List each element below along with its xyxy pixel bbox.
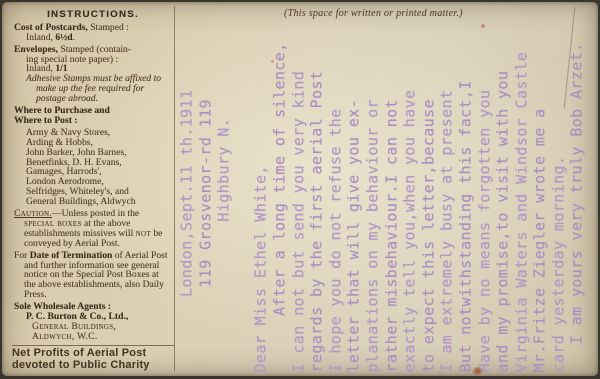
agents-paragraph: Sole Wholesale Agents :P. C. Burton & Co… xyxy=(14,302,172,341)
cost-price: 6½d xyxy=(55,32,72,43)
column-divider-line xyxy=(174,6,175,371)
cost-inland-line: Inland, 6½d. xyxy=(24,33,172,43)
where-header-2: Where to Post : xyxy=(14,116,172,126)
postcard-photo: INSTRUCTIONS. Cost of Postcards, Stamped… xyxy=(0,0,600,379)
message-line: to expect this letter,because xyxy=(419,12,438,373)
message-line: But notwithstanding this fact,I xyxy=(456,12,475,373)
message-line: exactly tell you,when you have xyxy=(401,12,420,373)
message-line: card yesterday morning. xyxy=(549,12,568,373)
envelopes-paragraph: Envelopes, Stamped (contain-ing special … xyxy=(14,45,172,104)
ink-speck xyxy=(481,24,485,28)
cost-inland: Inland, xyxy=(26,32,55,43)
message-line: regards by the first aerial Post xyxy=(308,12,327,373)
message-line: I hope you do not refuse the xyxy=(326,12,345,373)
cost-rest: Stamped : xyxy=(88,22,129,33)
stamp-note: Adhesive Stamps must be affixed to make … xyxy=(24,74,172,103)
message-line: letter that will give you ex- xyxy=(345,12,364,373)
charity-footer-line2: devoted to Public Charity xyxy=(12,360,174,372)
message-line: Dear Miss Ethel White, xyxy=(252,12,271,373)
message-line: After a long time of silence, xyxy=(270,12,289,373)
cost-after: . xyxy=(73,32,75,43)
message-line: 119 Grosvenor-rd 119 xyxy=(196,12,215,373)
postcard: INSTRUCTIONS. Cost of Postcards, Stamped… xyxy=(2,2,598,376)
message-line xyxy=(233,12,252,373)
establishment-item: General Buildings, Aldwych xyxy=(14,197,172,207)
establishment-list: Army & Navy Stores,Arding & Hobbs,John B… xyxy=(14,128,172,206)
message-line: Virginia Waters and Windsor Castle xyxy=(512,12,531,373)
cost-paragraph: Cost of Postcards, Stamped :Inland, 6½d. xyxy=(14,23,172,43)
message-line: I can not but send you very kind xyxy=(289,12,308,373)
charity-footer-line1: Net Profits of Aerial Post xyxy=(12,348,174,360)
typed-message-area: London,Sept.11 th.1911 119 Grosvenor-rd … xyxy=(178,11,590,372)
stain-mark xyxy=(472,367,483,375)
termination-paragraph: For Date of Termination of Aerial Post a… xyxy=(14,251,172,300)
message-line: I am extremely busy at present xyxy=(438,12,457,373)
caution-paragraph: Caution.—Unless posted in the special bo… xyxy=(14,209,172,248)
typed-message: London,Sept.11 th.1911 119 Grosvenor-rd … xyxy=(178,12,590,373)
message-line: I am yours very truly Bob Arzet. xyxy=(568,12,587,373)
instructions-title: INSTRUCTIONS. xyxy=(14,10,172,19)
charity-footer: Net Profits of Aerial Post devoted to Pu… xyxy=(12,345,174,371)
agents-addr-2: Aldwych, W.C. xyxy=(14,332,172,342)
instructions-panel: INSTRUCTIONS. Cost of Postcards, Stamped… xyxy=(14,10,172,344)
caution-not: not xyxy=(136,228,151,239)
message-line: rather misbehaviour.I can not xyxy=(382,12,401,373)
where-to-post-block: Where to Purchase andWhere to Post : xyxy=(14,106,172,126)
message-line: London,Sept.11 th.1911 xyxy=(178,12,197,373)
message-line: Mr.Fritze Ziegler wrote me a xyxy=(531,12,550,373)
ink-speck xyxy=(271,60,274,63)
message-line: and my promise,to visit with you xyxy=(494,12,513,373)
message-line: Highbury N. xyxy=(215,12,234,373)
message-line: Have by no means forgotten you xyxy=(475,12,494,373)
message-line: planations on my behaviour or xyxy=(363,12,382,373)
